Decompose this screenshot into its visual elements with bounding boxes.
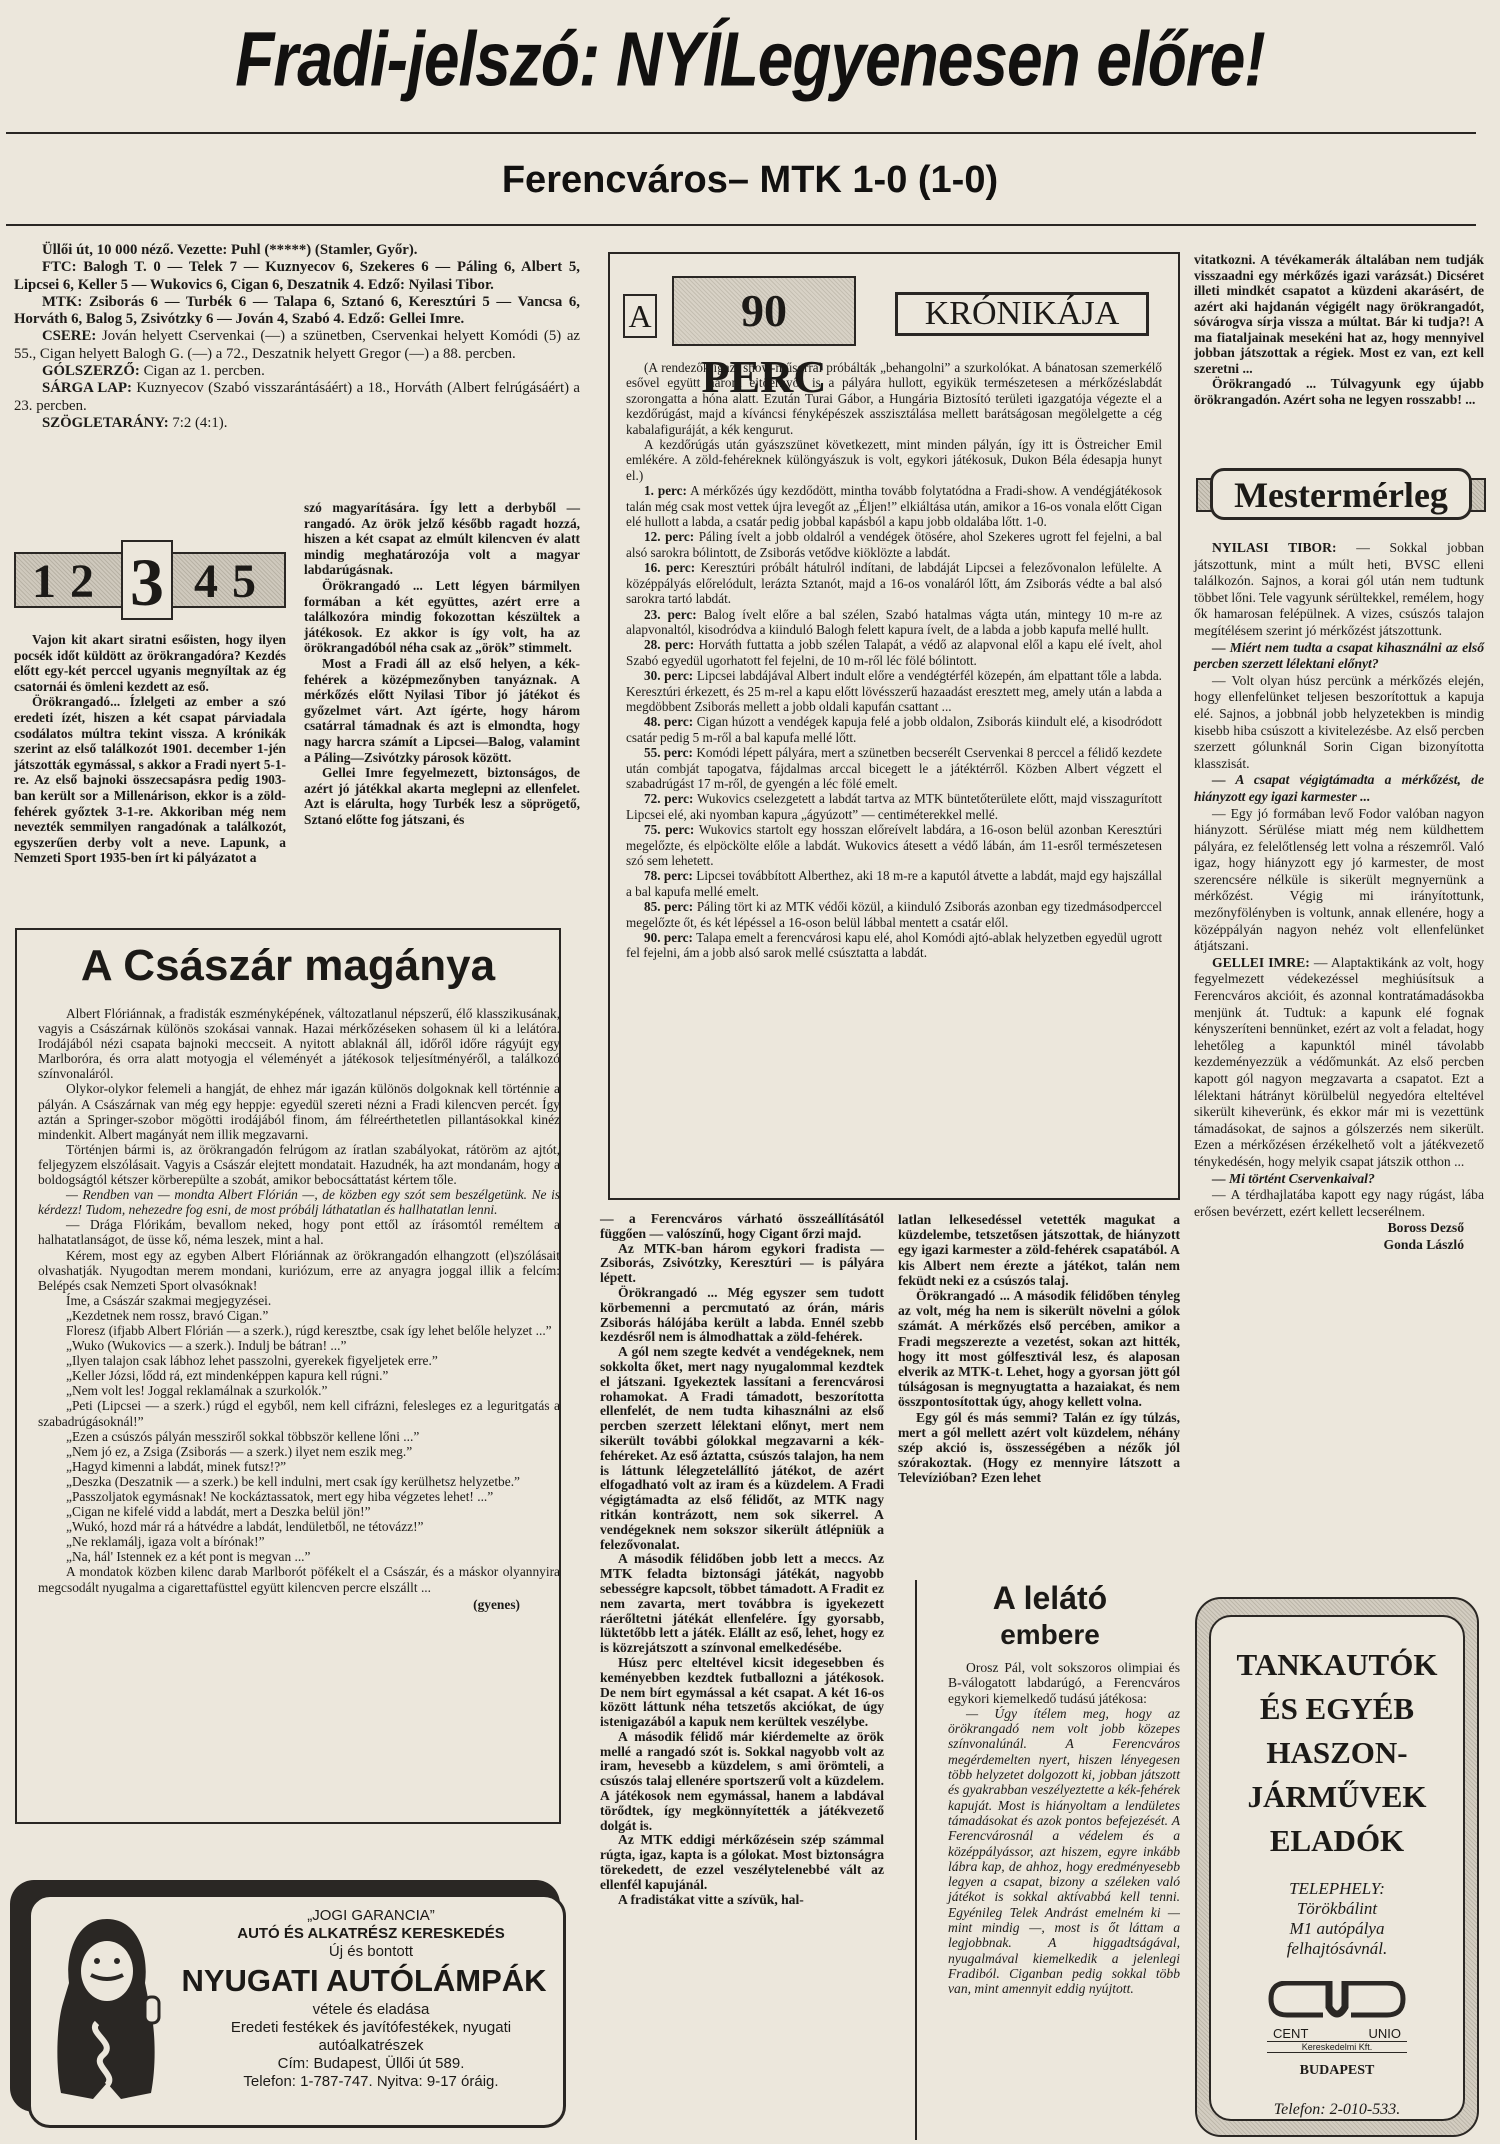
- ad-location: TELEPHELY: Törökbálint M1 autópálya felh…: [1211, 1879, 1463, 1959]
- page-headline: Fradi-jelszó: NYÍLegyenesen előre!: [0, 0, 1500, 125]
- minute-entry: 72. perc: Wukovics cselezgetett a labdát…: [626, 791, 1162, 822]
- answer: — A térdhajlatába kapott egy nagy rúgást…: [1194, 1187, 1484, 1220]
- paragraph: Íme, a Császár szakmai megjegyzései.: [38, 1293, 560, 1308]
- article-column-1: Vajon kit akart siratni esőisten, hogy i…: [14, 632, 286, 866]
- paragraph-mascot-icon: [47, 1913, 167, 2109]
- paragraph: vitatkozni. A tévékamerák általában nem …: [1194, 252, 1484, 376]
- quote: „Ne reklamálj, igaza volt a bírónak!”: [38, 1534, 560, 1549]
- minute-entry: 30. perc: Lipcsei labdájával Albert indu…: [626, 668, 1162, 714]
- gellei-answer: GELLEI IMRE: — Alaptaktikánk az volt, ho…: [1194, 955, 1484, 1171]
- paragraph: Most a Fradi áll az első helyen, a kék-f…: [304, 656, 580, 765]
- lelato-quote: — Úgy ítélem meg, hogy az örökrangadó ne…: [948, 1706, 1180, 1997]
- rating-4: 4: [194, 554, 218, 609]
- paragraph: Húsz perc elteltével kicsit idegesebben …: [600, 1656, 884, 1730]
- paragraph: A gól nem szegte kedvét a vendégeknek, n…: [600, 1345, 884, 1552]
- ad-brand: NYUGATI AUTÓLÁMPÁK: [167, 1961, 561, 2001]
- byline: (gyenes): [38, 1597, 560, 1612]
- ad-headline: TANKAUTÓK ÉS EGYÉB HASZON- JÁRMŰVEK ELAD…: [1211, 1643, 1463, 1863]
- lelato-title-line1: A lelátó: [920, 1578, 1180, 1618]
- rating-2: 2: [70, 554, 94, 609]
- paragraph: Örökrangadó... Ízlelgeti az ember a szó …: [14, 694, 286, 866]
- ad-city: BUDAPEST: [1211, 2063, 1463, 2079]
- rating-box: 1 2 3 4 5: [14, 540, 286, 620]
- lelato-intro: Orosz Pál, volt sokszoros olimpiai és B-…: [948, 1660, 1180, 1706]
- paragraph: — Rendben van — mondta Albert Flórián —,…: [38, 1187, 560, 1217]
- minute-entry: 1. perc: A mérkőzés úgy kezdődött, minth…: [626, 483, 1162, 529]
- quote: „Hagyd kimenni a labdát, minek futsz!?”: [38, 1459, 560, 1474]
- chronicle-title-a: A: [623, 294, 657, 338]
- ad-tankautok: TANKAUTÓK ÉS EGYÉB HASZON- JÁRMŰVEK ELAD…: [1195, 1597, 1479, 2137]
- ad-location-label: TELEPHELY:: [1211, 1879, 1463, 1899]
- paragraph: latlan lelkesedéssel vetették magukat a …: [898, 1212, 1180, 1288]
- paragraph: Örökrangadó ... A második félidőben tény…: [898, 1288, 1180, 1410]
- paragraph: A második félidő már kiérdemelte az örök…: [600, 1730, 884, 1834]
- ad-subtitle: AUTÓ ÉS ALKATRÉSZ KERESKEDÉS: [181, 1925, 561, 1943]
- question: — Miért nem tudta a csapat kihasználni a…: [1194, 640, 1484, 673]
- quote: „Wukó, hozd már rá a hátvédre a labdát, …: [38, 1519, 560, 1534]
- paragraph: Az MTK-ban három egykori fradista — Zsib…: [600, 1242, 884, 1286]
- ad-headline-line: TANKAUTÓK: [1211, 1643, 1463, 1687]
- minute-entry: 16. perc: Keresztúri próbált hátulról in…: [626, 560, 1162, 606]
- minute-entry: 23. perc: Balog ívelt előre a bal szélen…: [626, 607, 1162, 638]
- question: — Mi történt Cservenkaival?: [1194, 1171, 1484, 1188]
- quote: „Deszka (Deszatnik — a szerk.) be kell i…: [38, 1474, 560, 1489]
- author: Gonda László: [1194, 1237, 1484, 1254]
- quote: „Passzoljatok egymásnak! Ne kockáztassat…: [38, 1489, 560, 1504]
- ad-location-line: felhajtósávnál.: [1211, 1939, 1463, 1959]
- author: Boross Dezső: [1194, 1220, 1484, 1237]
- mestermerleg-title: Mestermérleg: [1210, 468, 1472, 520]
- paragraph: Olykor-olykor felemeli a hangját, de ehh…: [38, 1081, 560, 1141]
- paragraph: A második félidőben jobb lett a meccs. A…: [600, 1552, 884, 1656]
- ad-address: Cím: Budapest, Üllői út 589.: [181, 2055, 561, 2073]
- chronicle-intro: (A rendezők igazi show-műsorral próbáltá…: [626, 360, 1162, 437]
- ad-headline-line: JÁRMŰVEK: [1211, 1775, 1463, 1819]
- ad-headline-line: ELADÓK: [1211, 1819, 1463, 1863]
- ad-line: vétele és eladása: [181, 2001, 561, 2019]
- paragraph: A mondatok közben kilenc darab Marlborót…: [38, 1564, 560, 1594]
- paragraph: Történjen bármi is, az örökrangadón felr…: [38, 1142, 560, 1187]
- corners: SZÖGLETARÁNY: 7:2 (4:1).: [14, 415, 580, 432]
- minute-entry: 12. perc: Páling ívelt a jobb oldalról a…: [626, 529, 1162, 560]
- logo-left: CENT: [1273, 2026, 1308, 2041]
- quote: „Peti (Lipcsei — a szerk.) rúgd el egybő…: [38, 1398, 560, 1428]
- chronicle-intro: A kezdőrúgás után gyászszünet következet…: [626, 437, 1162, 483]
- csaszar-title: A Császár magánya: [15, 936, 561, 996]
- goalscorer: GÓLSZERZŐ: Cigan az 1. percben.: [14, 363, 580, 380]
- paragraph: Az MTK eddigi mérkőzésein szép számmal r…: [600, 1833, 884, 1892]
- paragraph: Örökrangadó ... Még egyszer sem tudott k…: [600, 1286, 884, 1345]
- paragraph: A fradistákat vitte a szívük, hal-: [600, 1893, 884, 1908]
- rating-1: 1: [32, 554, 56, 609]
- ad-text: „JOGI GARANCIA” AUTÓ ÉS ALKATRÉSZ KERESK…: [181, 1907, 561, 2091]
- mestermerleg-body: NYILASI TIBOR: — Sokkal jobban játszottu…: [1194, 540, 1484, 1254]
- quote: „Wuko (Wukovics — a szerk.). Indulj be b…: [38, 1338, 560, 1353]
- match-title: Ferencváros– MTK 1-0 (1-0): [0, 150, 1500, 210]
- ad-line: Eredeti festékek és javítófestékek, nyug…: [181, 2019, 561, 2055]
- chronicle-body: (A rendezők igazi show-műsorral próbáltá…: [626, 360, 1162, 961]
- paragraph: Egy gól és más semmi? Talán ez így túlzá…: [898, 1410, 1180, 1486]
- match-lineup: Üllői út, 10 000 néző. Vezette: Puhl (**…: [14, 242, 580, 432]
- quote: „Keller Józsi, lődd rá, ezt mindenképpen…: [38, 1368, 560, 1383]
- ad-nyugati-autolampak: „JOGI GARANCIA” AUTÓ ÉS ALKATRÉSZ KERESK…: [10, 1880, 570, 2130]
- yellow-cards: SÁRGA LAP: Kuznyecov (Szabó visszarántás…: [14, 380, 580, 415]
- article-column-2: szó magyarítására. Így lett a derbyből —…: [304, 500, 580, 827]
- article-column-4: latlan lelkesedéssel vetették magukat a …: [898, 1212, 1180, 1486]
- ad-headline-line: ÉS EGYÉB: [1211, 1687, 1463, 1731]
- minute-entry: 90. perc: Talapa emelt a ferencvárosi ka…: [626, 930, 1162, 961]
- minute-entry: 85. perc: Páling tört ki az MTK védői kö…: [626, 899, 1162, 930]
- quote: „Ilyen talajon csak lábhoz lehet passzol…: [38, 1353, 560, 1368]
- ad-company: Kereskedelmi Kft.: [1267, 2042, 1407, 2053]
- paragraph: — Drága Flórikám, bevallom neked, hogy p…: [38, 1217, 560, 1247]
- logo-right: UNIO: [1369, 2026, 1402, 2041]
- question: — A csapat végigtámadta a mérkőzést, de …: [1194, 772, 1484, 805]
- minute-entry: 55. perc: Komódi lépett pályára, mert a …: [626, 745, 1162, 791]
- ad-frame: „JOGI GARANCIA” AUTÓ ÉS ALKATRÉSZ KERESK…: [28, 1894, 566, 2128]
- chronicle-title-90-perc: 90 PERC: [672, 276, 856, 346]
- lelato-title: A lelátó embere: [920, 1578, 1180, 1652]
- minute-entry: 75. perc: Wukovics startolt egy hosszan …: [626, 822, 1162, 868]
- paragraph: Kérem, most egy az egyben Albert Flórián…: [38, 1248, 560, 1293]
- rating-highlight: 3: [121, 540, 173, 620]
- csaszar-body: Albert Flóriánnak, a fradisták eszményké…: [38, 1006, 560, 1612]
- nyilasi-answer: NYILASI TIBOR: — Sokkal jobban játszottu…: [1194, 540, 1484, 640]
- quote: „Cigan ne kifelé vidd a labdát, mert a D…: [38, 1504, 560, 1519]
- ad-slogan: „JOGI GARANCIA”: [181, 1907, 561, 1925]
- quote: Floresz (ifjabb Albert Flórián — a szerk…: [38, 1323, 560, 1338]
- divider: [915, 1580, 917, 2140]
- ftc-lineup: FTC: Balogh T. 0 — Telek 7 — Kuznyecov 6…: [14, 259, 580, 294]
- chronicle-title-kronika: KRÓNIKÁJA: [895, 292, 1149, 336]
- paragraph: — a Ferencváros várható összeállításától…: [600, 1212, 884, 1242]
- paragraph: Örökrangadó ... Lett légyen bármilyen fo…: [304, 578, 580, 656]
- quote: „Kezdetnek nem rossz, bravó Cigan.”: [38, 1308, 560, 1323]
- ad-location-line: M1 autópálya: [1211, 1919, 1463, 1939]
- ad-location-line: Törökbálint: [1211, 1899, 1463, 1919]
- mestermerleg-heading: Mestermérleg: [1196, 468, 1486, 524]
- divider: [6, 132, 1476, 134]
- paragraph: szó magyarítására. Így lett a derbyből —…: [304, 500, 580, 578]
- paragraph: Örökrangadó ... Túlvagyunk egy újabb örö…: [1194, 376, 1484, 407]
- ad-frame: TANKAUTÓK ÉS EGYÉB HASZON- JÁRMŰVEK ELAD…: [1209, 1615, 1465, 2121]
- mtk-lineup: MTK: Zsiborás 6 — Turbék 6 — Talapa 6, S…: [14, 294, 580, 329]
- substitutions: CSERE: Jován helyett Cservenkai (—) a sz…: [14, 328, 580, 363]
- centunio-logo: CENT UNIO Kereskedelmi Kft.: [1267, 1981, 1407, 2057]
- quote: „Ezen a csúszós pályán messziről sokkal …: [38, 1429, 560, 1444]
- rating-5: 5: [232, 554, 256, 609]
- minute-entry: 48. perc: Cigan húzott a vendégek kapuja…: [626, 714, 1162, 745]
- quote: „Na, hál' Istennek ez a két pont is megv…: [38, 1549, 560, 1564]
- answer: — Volt olyan húsz percünk a mérkőzés ele…: [1194, 673, 1484, 773]
- minute-entry: 28. perc: Horváth futtatta a jobb szélen…: [626, 637, 1162, 668]
- quote: „Nem jó ez, a Zsiga (Zsiborás — a szerk.…: [38, 1444, 560, 1459]
- lelato-body: Orosz Pál, volt sokszoros olimpiai és B-…: [948, 1660, 1180, 1997]
- minute-entry: 78. perc: Lipcsei továbbított Alberthez,…: [626, 868, 1162, 899]
- ad-line: Új és bontott: [181, 1943, 561, 1961]
- quote: „Nem volt les! Joggal reklamálnak a szur…: [38, 1383, 560, 1398]
- ad-headline-line: HASZON-: [1211, 1731, 1463, 1775]
- venue-line: Üllői út, 10 000 néző. Vezette: Puhl (**…: [14, 242, 580, 259]
- divider: [6, 224, 1476, 226]
- lelato-title-line2: embere: [920, 1618, 1180, 1652]
- answer: — Egy jó formában levő Fodor valóban nag…: [1194, 806, 1484, 955]
- ad-phone: Telefon: 2-010-533.: [1211, 2101, 1463, 2119]
- paragraph: Gellei Imre fegyelmezett, biztonságos, d…: [304, 765, 580, 827]
- article-column-5: vitatkozni. A tévékamerák általában nem …: [1194, 252, 1484, 407]
- article-column-3: — a Ferencváros várható összeállításától…: [600, 1212, 884, 1907]
- paragraph: Vajon kit akart siratni esőisten, hogy i…: [14, 632, 286, 694]
- centunio-logo-icon: [1267, 1981, 1407, 2021]
- paragraph: Albert Flóriánnak, a fradisták eszményké…: [38, 1006, 560, 1081]
- ad-phone: Telefon: 1-787-747. Nyitva: 9-17 óráig.: [181, 2073, 561, 2091]
